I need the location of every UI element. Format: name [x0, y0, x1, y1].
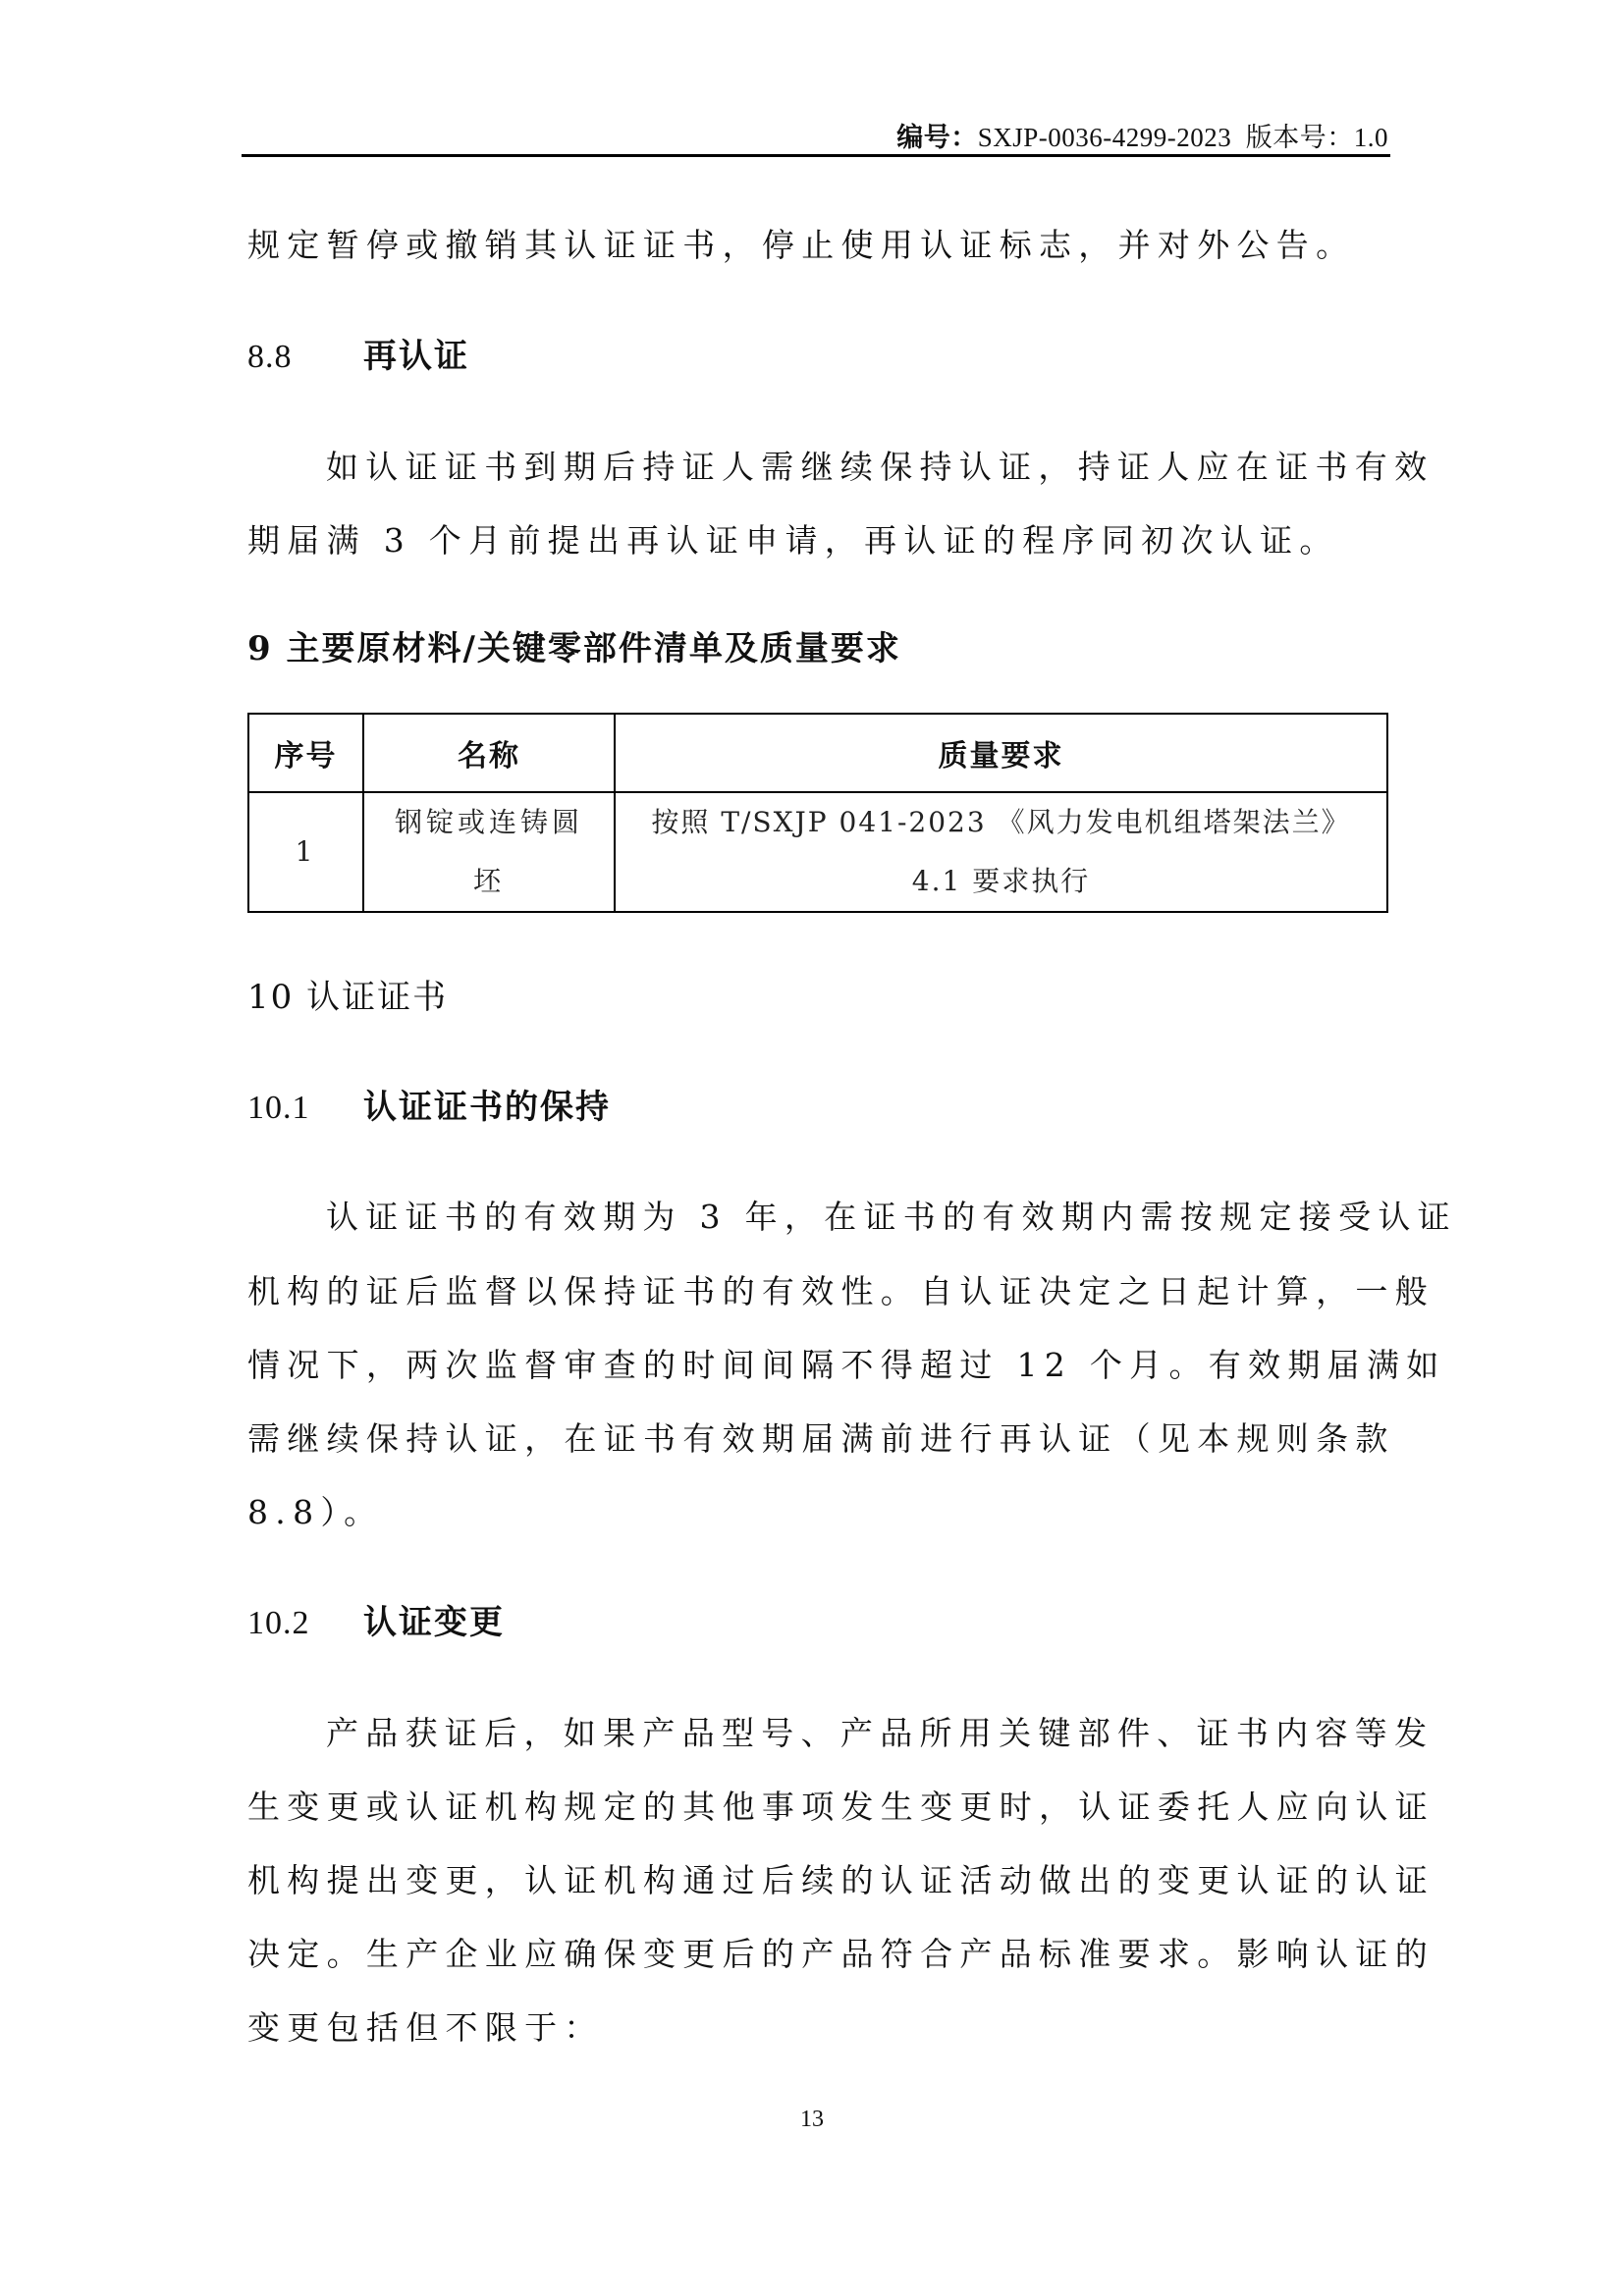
cell-requirement: 按照 T/SXJP 041-2023 《风力发电机组塔架法兰》 4.1 要求执行: [615, 792, 1387, 912]
paragraph-line: 决定。生产企业应确保变更后的产品符合产品标准要求。影响认证的: [247, 1935, 1388, 1974]
header-rule: [242, 154, 1390, 157]
section-number: 10.2: [247, 1604, 363, 1643]
section-title: 认证变更: [363, 1603, 505, 1642]
cell-requirement-line: 4.1 要求执行: [616, 852, 1386, 911]
section-title: 再认证: [363, 337, 469, 376]
document-header: 编号：SXJP-0036-4299-2023 版本号：1.0: [896, 116, 1388, 154]
paragraph-line: 产品获证后，如果产品型号、产品所用关键部件、证书内容等发: [326, 1714, 1388, 1753]
paragraph-line: 变更包括但不限于：: [247, 2008, 1388, 2048]
column-header-name: 名称: [363, 714, 615, 792]
paragraph-line: 机构提出变更，认证机构通过后续的认证活动做出的变更认证的认证: [247, 1861, 1388, 1900]
section-10-1-heading: 10.1认证证书的保持: [247, 1088, 1388, 1128]
paragraph-line: 机构的证后监督以保持证书的有效性。自认证决定之日起计算，一般: [247, 1272, 1388, 1311]
version-label: 版本号：: [1246, 123, 1354, 152]
table-header-row: 序号 名称 质量要求: [248, 714, 1387, 792]
materials-table: 序号 名称 质量要求 1 钢锭或连铸圆 坯 按照 T/SXJP 041-2023…: [247, 713, 1388, 913]
document-code-label: 编号：: [896, 123, 978, 152]
section-number: 8.8: [247, 338, 363, 377]
paragraph-line: 生变更或认证机构规定的其他事项发生变更时，认证委托人应向认证: [247, 1788, 1388, 1827]
cell-name: 钢锭或连铸圆 坯: [363, 792, 615, 912]
section-title: 认证证书的保持: [363, 1088, 611, 1127]
section-10-2-heading: 10.2认证变更: [247, 1603, 1388, 1643]
paragraph-line: 8.8）。: [247, 1493, 1388, 1532]
section-number: 10.1: [247, 1089, 363, 1128]
cell-requirement-line: 按照 T/SXJP 041-2023 《风力发电机组塔架法兰》: [616, 793, 1386, 852]
section-8-8-heading: 8.8再认证: [247, 337, 1388, 377]
section-10-heading: 10 认证证书: [247, 978, 1388, 1017]
document-code: SXJP-0036-4299-2023: [978, 123, 1232, 152]
column-header-requirement: 质量要求: [615, 714, 1387, 792]
page-number: 13: [0, 2107, 1624, 2133]
paragraph-line: 如认证证书到期后持证人需继续保持认证，持证人应在证书有效: [326, 448, 1388, 487]
table-row: 1 钢锭或连铸圆 坯 按照 T/SXJP 041-2023 《风力发电机组塔架法…: [248, 792, 1387, 912]
paragraph-line: 情况下，两次监督审查的时间间隔不得超过 12 个月。有效期届满如: [247, 1346, 1388, 1385]
paragraph-line: 认证证书的有效期为 3 年，在证书的有效期内需按规定接受认证: [326, 1198, 1388, 1237]
column-header-index: 序号: [248, 714, 363, 792]
version-number: 1.0: [1354, 123, 1388, 152]
paragraph-line: 期届满 3 个月前提出再认证申请，再认证的程序同初次认证。: [247, 521, 1388, 561]
cell-name-line: 钢锭或连铸圆: [364, 793, 614, 852]
continuation-text: 规定暂停或撤销其认证证书，停止使用认证标志，并对外公告。: [247, 226, 1388, 265]
paragraph-line: 需继续保持认证，在证书有效期届满前进行再认证（见本规则条款: [247, 1419, 1388, 1459]
section-9-heading: 9 主要原材料/关键零部件清单及质量要求: [247, 629, 1388, 668]
cell-index: 1: [248, 792, 363, 912]
cell-name-line: 坯: [364, 852, 614, 911]
